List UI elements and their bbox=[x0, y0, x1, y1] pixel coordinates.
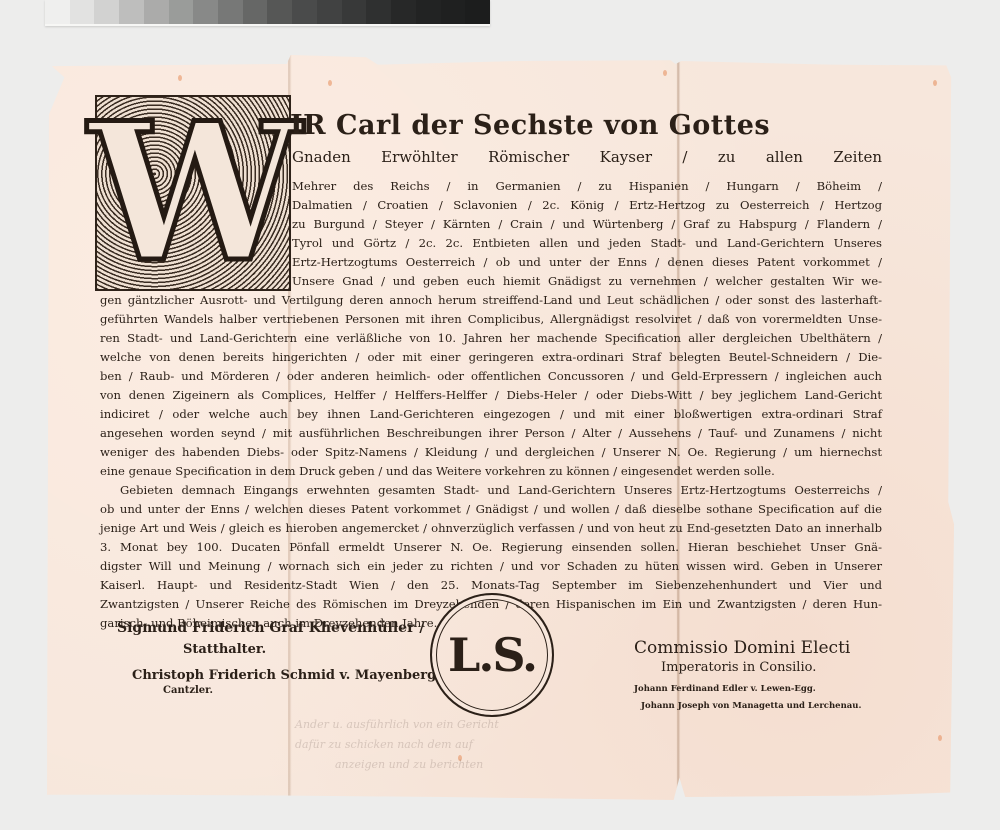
grayscale-swatch bbox=[441, 0, 466, 24]
grayscale-swatch bbox=[243, 0, 268, 24]
body-line: Ertz-Hertzogtums Oesterreich / ob und un… bbox=[292, 253, 882, 271]
body-line: ren Stadt- und Land-Gerichtern eine verl… bbox=[100, 329, 882, 347]
body-line: Unsere Gnad / und geben euch hiemit Gnäd… bbox=[292, 272, 882, 290]
foxing-spot bbox=[328, 80, 332, 86]
body-line: Mehrer des Reichs / in Germanien / zu Hi… bbox=[292, 177, 882, 195]
body-line: Dalmatien / Croatien / Sclavonien / 2c. … bbox=[292, 196, 882, 214]
faint-handwriting: dafür zu schicken nach dem auf bbox=[295, 738, 473, 751]
body-line: Tyrol und Görtz / 2c. 2c. Entbieten alle… bbox=[292, 234, 882, 252]
body-line: gen gäntzlicher Ausrott- und Vertilgung … bbox=[100, 291, 882, 309]
grayscale-swatch bbox=[94, 0, 119, 24]
faint-handwriting: anzeigen und zu berichten bbox=[335, 758, 483, 771]
commission-line-2: Imperatoris in Consilio. bbox=[661, 660, 816, 675]
document-title-line: IR Carl der Sechste von Gottes bbox=[290, 110, 880, 141]
commission-line-1: Commissio Domini Electi bbox=[634, 638, 850, 658]
grayscale-calibration-strip bbox=[45, 0, 490, 26]
document-subtitle-line: Gnaden Erwöhlter Römischer Kayser / zu a… bbox=[292, 148, 882, 166]
decorated-initial: W bbox=[95, 95, 291, 291]
grayscale-swatch bbox=[267, 0, 292, 24]
commission-signer-1: Johann Ferdinand Edler v. Lewen-Egg. bbox=[634, 684, 816, 694]
foxing-spot bbox=[938, 735, 942, 741]
grayscale-swatch bbox=[342, 0, 367, 24]
grayscale-swatch bbox=[144, 0, 169, 24]
body-line: angesehen worden seynd / mit ausführlich… bbox=[100, 424, 882, 442]
grayscale-swatch bbox=[317, 0, 342, 24]
seal-text: L.S. bbox=[448, 628, 536, 682]
body-line: jenige Art und Weis / gleich es hieroben… bbox=[100, 519, 882, 537]
body-line: digster Will und Meinung / wornach sich … bbox=[100, 557, 882, 575]
body-line: indiciret / oder welche auch bey ihnen L… bbox=[100, 405, 882, 423]
body-line: ob und unter der Enns / welchen dieses P… bbox=[100, 500, 882, 518]
grayscale-swatch bbox=[391, 0, 416, 24]
foxing-spot bbox=[933, 80, 937, 86]
signature-statthalter-name: Sigmund Friderich Graf Khevenhüller / bbox=[117, 620, 424, 636]
grayscale-swatch bbox=[366, 0, 391, 24]
grayscale-swatch bbox=[193, 0, 218, 24]
body-line: 3. Monat bey 100. Ducaten Pönfall ermeld… bbox=[100, 538, 882, 556]
faint-handwriting: Ander u. ausführlich von ein Gericht bbox=[295, 718, 499, 731]
body-line: ben / Raub- und Mörderen / oder anderen … bbox=[100, 367, 882, 385]
body-line: welche von denen bereits hingerichten / … bbox=[100, 348, 882, 366]
grayscale-swatch bbox=[416, 0, 441, 24]
initial-letter: W bbox=[97, 97, 289, 289]
signature-cantzler-name: Christoph Friderich Schmid v. Mayenberg bbox=[132, 668, 436, 683]
grayscale-swatch bbox=[45, 0, 70, 24]
foxing-spot bbox=[663, 70, 667, 76]
body-line: weniger des habenden Diebs- oder Spitz-N… bbox=[100, 443, 882, 461]
body-line: zu Burgund / Steyer / Kärnten / Crain / … bbox=[292, 215, 882, 233]
signature-statthalter-title: Statthalter. bbox=[183, 642, 266, 657]
body-line: geführten Wandels halber vertriebenen Pe… bbox=[100, 310, 882, 328]
grayscale-swatch bbox=[465, 0, 490, 24]
grayscale-swatch bbox=[119, 0, 144, 24]
body-line: von denen Zigeinern als Complices, Helff… bbox=[100, 386, 882, 404]
grayscale-swatch bbox=[218, 0, 243, 24]
body-line: Kaiserl. Haupt- und Residentz-Stadt Wien… bbox=[100, 576, 882, 594]
grayscale-swatch bbox=[70, 0, 95, 24]
body-line: Gebieten demnach Eingangs erwehnten gesa… bbox=[120, 481, 882, 499]
signature-cantzler-title: Cantzler. bbox=[163, 685, 213, 696]
commission-signer-2: Johann Joseph von Managetta und Lerchena… bbox=[641, 701, 861, 711]
seal-locus-sigilli: L.S. bbox=[430, 593, 554, 717]
grayscale-swatch bbox=[292, 0, 317, 24]
grayscale-swatch bbox=[169, 0, 194, 24]
body-line: eine genaue Specification in dem Druck g… bbox=[100, 462, 882, 480]
